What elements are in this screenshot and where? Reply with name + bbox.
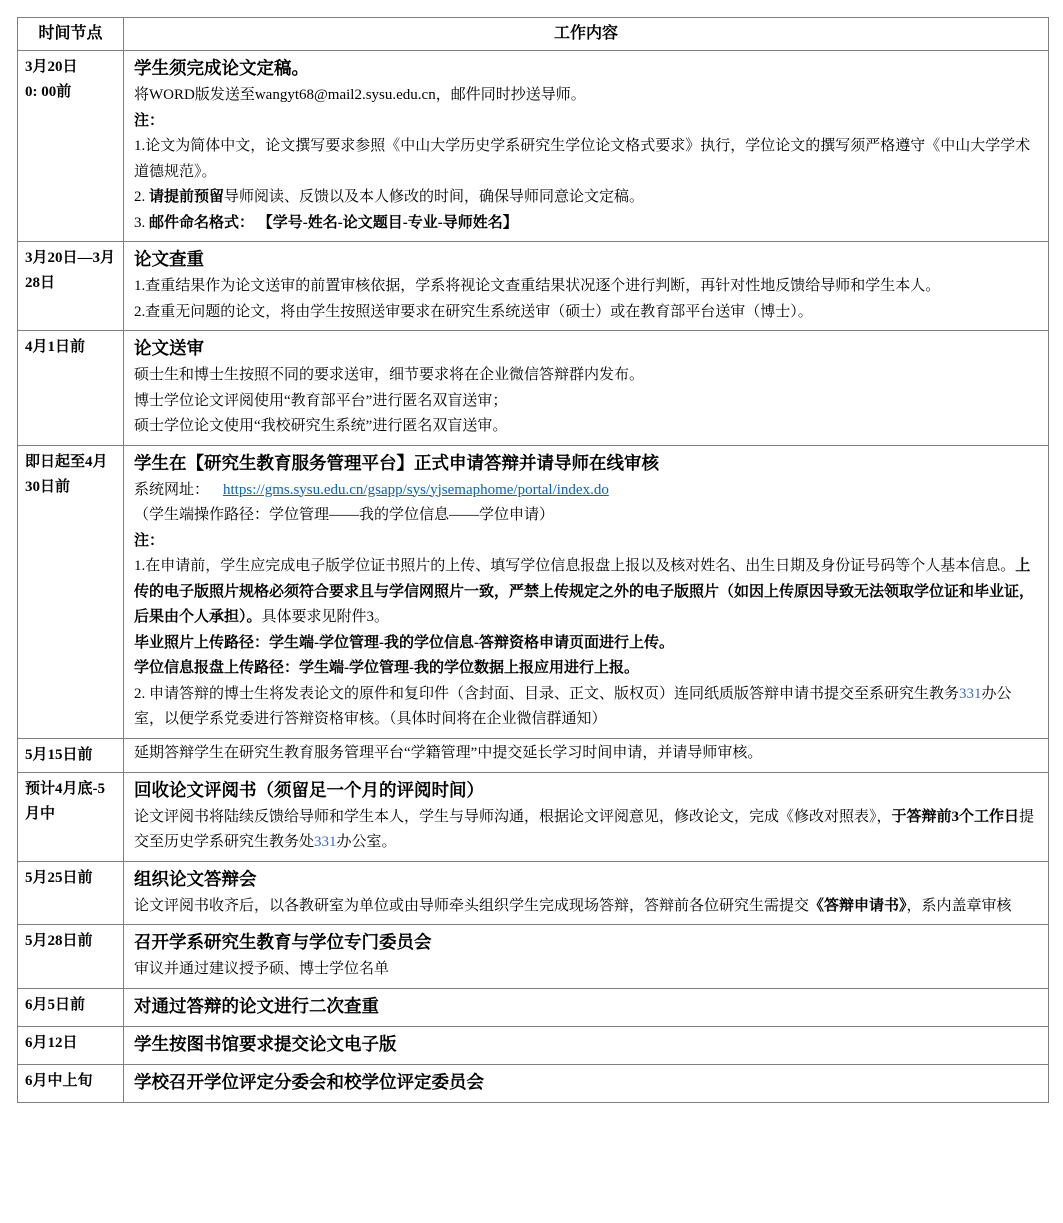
header-time-column: 时间节点 [18,18,124,51]
table-row: 5月15日前延期答辩学生在研究生教育服务管理平台“学籍管理”中提交延长学习时间申… [18,738,1049,772]
table-row: 5月28日前召开学系研究生教育与学位专门委员会审议并通过建议授予硕、博士学位名单 [18,925,1049,989]
text-run: 博士学位论文评阅使用“教育部平台”进行匿名双盲送审； [134,393,507,409]
row-time: 3月20日—3月28日 [18,242,124,331]
text-run: 邮件命名格式： 【学号-姓名-论文题目-专业-导师姓名】 [149,215,518,231]
task-text: 系统网址：https://gms.sysu.edu.cn/gsapp/sys/y… [134,478,1040,504]
task-text: 审议并通过建议授予硕、博士学位名单 [134,957,1040,983]
task-text: 延期答辩学生在研究生教育服务管理平台“学籍管理”中提交延长学习时间申请，并请导师… [134,741,1040,767]
row-time: 6月12日 [18,1026,124,1064]
task-text: 学位信息报盘上传路径：学生端-学位管理-我的学位数据上报应用进行上报。 [134,656,1040,682]
text-run: 1.在申请前，学生应完成电子版学位证书照片的上传、填写学位信息报盘上报以及核对姓… [134,558,1015,574]
row-time: 5月28日前 [18,925,124,989]
row-content: 论文查重1.查重结果作为论文送审的前置审核依据，学系将视论文查重结果状况逐个进行… [124,242,1049,331]
text-run: 对通过答辩的论文进行二次查重 [134,996,379,1016]
table-row: 3月20日 0: 00前学生须完成论文定稿。将WORD版发送至wangyt68@… [18,51,1049,242]
task-text: 注： [134,109,1040,135]
table-row: 预计4月底-5月中回收论文评阅书（须留足一个月的评阅时间）论文评阅书将陆续反馈给… [18,772,1049,861]
text-run: 毕业照片上传路径：学生端-学位管理-我的学位信息-答辩资格申请页面进行上传。 [134,635,674,651]
task-title: 召开学系研究生教育与学位专门委员会 [134,927,1040,957]
row-time: 6月中上旬 [18,1064,124,1102]
row-time: 4月1日前 [18,331,124,446]
portal-link[interactable]: https://gms.sysu.edu.cn/gsapp/sys/yjsema… [223,482,609,498]
row-time: 即日起至4月30日前 [18,445,124,738]
header-row: 时间节点 工作内容 [18,18,1049,51]
task-title: 回收论文评阅书（须留足一个月的评阅时间） [134,775,1040,805]
row-content: 回收论文评阅书（须留足一个月的评阅时间）论文评阅书将陆续反馈给导师和学生本人，学… [124,772,1049,861]
text-run: 审议并通过建议授予硕、博士学位名单 [134,961,389,977]
text-run: 具体要求见附件3。 [262,609,390,625]
text-run: 论文评阅书收齐后，以各教研室为单位或由导师牵头组织学生完成现场答辩，答辩前各位研… [134,898,809,914]
row-time: 6月5日前 [18,988,124,1026]
row-content: 学生在【研究生教育服务管理平台】正式申请答辩并请导师在线审核系统网址：https… [124,445,1049,738]
task-text: 注： [134,529,1040,555]
task-title: 学生在【研究生教育服务管理平台】正式申请答辩并请导师在线审核 [134,448,1040,478]
text-run: 办公室。 [337,834,397,850]
row-content: 学生按图书馆要求提交论文电子版 [124,1026,1049,1064]
text-run: 论文查重 [134,249,204,269]
text-run: 延期答辩学生在研究生教育服务管理平台“学籍管理”中提交延长学习时间申请，并请导师… [134,745,762,761]
text-run: 1.论文为简体中文，论文撰写要求参照《中山大学历史学系研究生学位论文格式要求》执… [134,138,1030,180]
task-text: 2. 申请答辩的博士生将发表论文的原件和复印件（含封面、目录、正文、版权页）连同… [134,682,1040,733]
task-title: 组织论文答辩会 [134,864,1040,894]
text-run: 331 [314,834,337,850]
text-run: 3. [134,215,149,231]
text-run: 学生在【研究生教育服务管理平台】正式申请答辩并请导师在线审核 [134,453,659,473]
table-row: 6月中上旬学校召开学位评定分委会和校学位评定委员会 [18,1064,1049,1102]
task-title: 学生按图书馆要求提交论文电子版 [134,1029,1040,1059]
task-text: 硕士生和博士生按照不同的要求送审，细节要求将在企业微信答辩群内发布。 [134,363,1040,389]
task-text: 2.查重无问题的论文，将由学生按照送审要求在研究生系统送审（硕士）或在教育部平台… [134,300,1040,326]
task-title: 学生须完成论文定稿。 [134,53,1040,83]
text-run: 导师阅读、反馈以及本人修改的时间，确保导师同意论文定稿。 [224,189,644,205]
table-row: 5月25日前组织论文答辩会论文评阅书收齐后，以各教研室为单位或由导师牵头组织学生… [18,861,1049,925]
task-text: 1.论文为简体中文，论文撰写要求参照《中山大学历史学系研究生学位论文格式要求》执… [134,134,1040,185]
text-run: 论文送审 [134,338,204,358]
text-run: 硕士生和博士生按照不同的要求送审，细节要求将在企业微信答辩群内发布。 [134,367,644,383]
task-text: 硕士学位论文使用“我校研究生系统”进行匿名双盲送审。 [134,414,1040,440]
document-page: 时间节点 工作内容 3月20日 0: 00前学生须完成论文定稿。将WORD版发送… [0,0,1063,1223]
text-run: 注： [134,533,164,549]
row-time: 5月15日前 [18,738,124,772]
text-run: 学校召开学位评定分委会和校学位评定委员会 [134,1072,484,1092]
text-run: 请提前预留 [149,189,224,205]
task-text: 毕业照片上传路径：学生端-学位管理-我的学位信息-答辩资格申请页面进行上传。 [134,631,1040,657]
table-row: 3月20日—3月28日论文查重1.查重结果作为论文送审的前置审核依据，学系将视论… [18,242,1049,331]
task-title: 对通过答辩的论文进行二次查重 [134,991,1040,1021]
row-time: 3月20日 0: 00前 [18,51,124,242]
text-run: 于答辩前3个工作日 [892,809,1020,825]
text-run: 2. [134,189,149,205]
text-run: 回收论文评阅书（须留足一个月的评阅时间） [134,780,484,800]
row-content: 组织论文答辩会论文评阅书收齐后，以各教研室为单位或由导师牵头组织学生完成现场答辩… [124,861,1049,925]
schedule-body: 3月20日 0: 00前学生须完成论文定稿。将WORD版发送至wangyt68@… [18,51,1049,1103]
row-content: 学生须完成论文定稿。将WORD版发送至wangyt68@mail2.sysu.e… [124,51,1049,242]
text-run: 学生须完成论文定稿。 [134,58,309,78]
text-run: 硕士学位论文使用“我校研究生系统”进行匿名双盲送审。 [134,418,507,434]
text-run: 学生按图书馆要求提交论文电子版 [134,1034,397,1054]
task-text: 1.在申请前，学生应完成电子版学位证书照片的上传、填写学位信息报盘上报以及核对姓… [134,554,1040,631]
table-row: 即日起至4月30日前学生在【研究生教育服务管理平台】正式申请答辩并请导师在线审核… [18,445,1049,738]
task-text: 论文评阅书将陆续反馈给导师和学生本人，学生与导师沟通，根据论文评阅意见，修改论文… [134,805,1040,856]
table-row: 4月1日前论文送审硕士生和博士生按照不同的要求送审，细节要求将在企业微信答辩群内… [18,331,1049,446]
row-content: 召开学系研究生教育与学位专门委员会审议并通过建议授予硕、博士学位名单 [124,925,1049,989]
text-run: 学位信息报盘上传路径：学生端-学位管理-我的学位数据上报应用进行上报。 [134,660,639,676]
task-text: 2. 请提前预留导师阅读、反馈以及本人修改的时间，确保导师同意论文定稿。 [134,185,1040,211]
row-content: 论文送审硕士生和博士生按照不同的要求送审，细节要求将在企业微信答辩群内发布。博士… [124,331,1049,446]
task-text: 1.查重结果作为论文送审的前置审核依据，学系将视论文查重结果状况逐个进行判断，再… [134,274,1040,300]
text-run: 331 [959,686,982,702]
text-run: 《答辩申请书》 [809,898,907,914]
text-run: 注： [134,113,164,129]
text-run: 2.查重无问题的论文，将由学生按照送审要求在研究生系统送审（硕士）或在教育部平台… [134,304,813,320]
task-title: 论文查重 [134,244,1040,274]
row-time: 预计4月底-5月中 [18,772,124,861]
table-row: 6月12日学生按图书馆要求提交论文电子版 [18,1026,1049,1064]
task-text: 博士学位论文评阅使用“教育部平台”进行匿名双盲送审； [134,389,1040,415]
task-text: 3. 邮件命名格式： 【学号-姓名-论文题目-专业-导师姓名】 [134,211,1040,237]
text-run: 1.查重结果作为论文送审的前置审核依据，学系将视论文查重结果状况逐个进行判断，再… [134,278,940,294]
header-content-column: 工作内容 [124,18,1049,51]
text-run: 召开学系研究生教育与学位专门委员会 [134,932,432,952]
text-run: 系统网址： [134,482,209,498]
text-run: ，系内盖章审核 [907,898,1012,914]
row-content: 对通过答辩的论文进行二次查重 [124,988,1049,1026]
task-text: （学生端操作路径：学位管理——我的学位信息——学位申请） [134,503,1040,529]
text-run: 2. 申请答辩的博士生将发表论文的原件和复印件（含封面、目录、正文、版权页）连同… [134,686,959,702]
row-content: 延期答辩学生在研究生教育服务管理平台“学籍管理”中提交延长学习时间申请，并请导师… [124,738,1049,772]
task-text: 论文评阅书收齐后，以各教研室为单位或由导师牵头组织学生完成现场答辩，答辩前各位研… [134,894,1040,920]
task-title: 学校召开学位评定分委会和校学位评定委员会 [134,1067,1040,1097]
row-content: 学校召开学位评定分委会和校学位评定委员会 [124,1064,1049,1102]
text-run: （学生端操作路径：学位管理——我的学位信息——学位申请） [134,507,554,523]
task-title: 论文送审 [134,333,1040,363]
text-run: 论文评阅书将陆续反馈给导师和学生本人，学生与导师沟通，根据论文评阅意见，修改论文… [134,809,892,825]
row-time: 5月25日前 [18,861,124,925]
text-run: 组织论文答辩会 [134,869,257,889]
task-text: 将WORD版发送至wangyt68@mail2.sysu.edu.cn，邮件同时… [134,83,1040,109]
text-run: 将WORD版发送至wangyt68@mail2.sysu.edu.cn，邮件同时… [134,87,586,103]
table-row: 6月5日前对通过答辩的论文进行二次查重 [18,988,1049,1026]
schedule-table: 时间节点 工作内容 3月20日 0: 00前学生须完成论文定稿。将WORD版发送… [17,17,1049,1103]
